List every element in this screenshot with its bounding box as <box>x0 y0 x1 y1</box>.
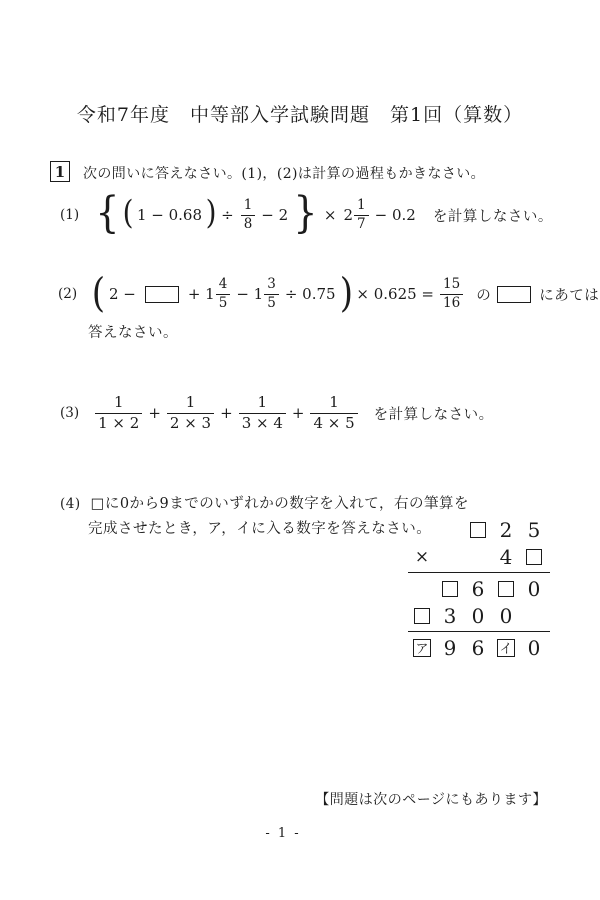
fraction-three-fifths: 3 5 <box>264 277 279 311</box>
multiplier-row: × 4 <box>408 543 550 570</box>
fraction-denominator: 1 × 2 <box>95 413 142 432</box>
digit-cell: 4 <box>492 543 520 570</box>
fraction-denominator: 3 × 4 <box>239 413 286 432</box>
divide-sign: ÷ <box>221 206 234 224</box>
digit-cell: 0 <box>520 575 548 602</box>
fraction-numerator: 1 <box>326 394 342 412</box>
fraction-numerator: 1 <box>111 394 127 412</box>
fraction-denominator: 5 <box>216 294 231 312</box>
expression-part: − 2 <box>261 206 288 224</box>
blank-box <box>145 286 179 303</box>
question-1-instruction: を計算しなさい。 <box>433 205 553 226</box>
expression-part: + 1 <box>188 285 215 303</box>
boxed-katakana-a: ア <box>413 639 431 657</box>
fraction-term-4: 1 4 × 5 <box>310 394 357 432</box>
exam-page: 令和7年度 中等部入学試験問題 第1回（算数） 1 次の問いに答えなさい。(1)… <box>0 0 600 900</box>
rule-line <box>408 631 550 632</box>
plus-sign: + <box>220 404 233 422</box>
fraction-numerator: 1 <box>255 394 271 412</box>
page-number: - 1 - <box>0 826 566 841</box>
fraction-four-fifths: 4 5 <box>216 277 231 311</box>
close-brace: } <box>294 192 318 239</box>
fraction-numerator: 15 <box>440 277 463 294</box>
question-2: (2) ( 2 − + 1 4 5 − 1 3 5 ÷ 0.75 ) × 0.6… <box>58 271 600 342</box>
fraction-denominator: 16 <box>440 294 463 312</box>
expression-part: − 1 <box>236 285 263 303</box>
question-2-expression: (2) ( 2 − + 1 4 5 − 1 3 5 ÷ 0.75 ) × 0.6… <box>58 271 600 317</box>
open-brace: { <box>95 192 119 239</box>
digit-cell: 3 <box>436 602 464 629</box>
question-4-text-line1: □に0から9までのいずれかの数字を入れて，右の筆算を <box>91 492 469 516</box>
multiply-sign: × <box>408 543 436 570</box>
product-row: ア 9 6 イ 0 <box>408 634 550 661</box>
problem-1-header: 1 次の問いに答えなさい。(1)，(2)は計算の過程もかきなさい。 <box>50 161 485 183</box>
open-paren: ( <box>122 197 133 233</box>
expression-part: × 0.625 = <box>356 285 434 303</box>
fraction-numerator: 4 <box>216 277 231 294</box>
blank-box <box>442 581 458 597</box>
expression-part: ÷ 0.75 <box>285 285 336 303</box>
question-2-instruction: にあてはまる数を <box>539 284 600 305</box>
partial-product-1-row: 6 0 <box>408 575 550 602</box>
plus-sign: + <box>148 404 161 422</box>
problem-intro: 次の問いに答えなさい。(1)，(2)は計算の過程もかきなさい。 <box>83 161 485 183</box>
rule-line <box>408 572 550 573</box>
multiply-sign: × <box>324 206 337 224</box>
question-1: (1) { ( 1 − 0.68 ) ÷ 1 8 − 2 } × 2 1 7 −… <box>60 192 553 238</box>
open-paren: ( <box>92 272 105 315</box>
problem-number-box: 1 <box>50 161 70 182</box>
mixed-number-whole: 2 <box>344 206 354 224</box>
exam-title: 令和7年度 中等部入学試験問題 第1回（算数） <box>0 100 600 127</box>
question-3: (3) 1 1 × 2 + 1 2 × 3 + 1 3 × 4 + 1 4 × … <box>60 392 494 434</box>
digit-cell: 2 <box>492 516 520 543</box>
fraction-numerator: 1 <box>183 394 199 412</box>
fraction-denominator: 2 × 3 <box>167 413 214 432</box>
digit-cell: 5 <box>520 516 548 543</box>
digit-cell: 0 <box>464 602 492 629</box>
fraction-one-eighth: 1 8 <box>241 198 256 232</box>
digit-cell: 0 <box>520 634 548 661</box>
fraction-term-1: 1 1 × 2 <box>95 394 142 432</box>
footer-note: 【問題は次のページにもあります】 <box>315 789 547 809</box>
boxed-katakana-i: イ <box>497 639 515 657</box>
blank-box <box>498 581 514 597</box>
question-2-label: (2) <box>58 286 77 302</box>
blank-box <box>470 522 486 538</box>
multiplicand-row: 2 5 <box>408 516 550 543</box>
partial-product-2-row: 3 0 0 <box>408 602 550 629</box>
long-multiplication: 2 5 × 4 6 0 3 0 0 ア 9 6 <box>408 516 550 661</box>
fraction-fifteen-sixteenths: 15 16 <box>440 277 463 311</box>
question-2-instruction-line2: 答えなさい。 <box>88 321 600 342</box>
fraction-denominator: 8 <box>241 215 256 233</box>
question-3-label: (3) <box>60 405 79 421</box>
close-paren: ) <box>206 197 217 233</box>
fraction-numerator: 1 <box>241 198 256 215</box>
fraction-numerator: 3 <box>264 277 279 294</box>
plus-sign: + <box>292 404 305 422</box>
digit-cell: 6 <box>464 575 492 602</box>
expression-part: 1 − 0.68 <box>137 206 202 224</box>
question-4-line1: (4) □に0から9までのいずれかの数字を入れて，右の筆算を <box>60 492 469 516</box>
digit-cell: 0 <box>492 602 520 629</box>
fraction-term-2: 1 2 × 3 <box>167 394 214 432</box>
digit-cell: 6 <box>464 634 492 661</box>
fraction-term-3: 1 3 × 4 <box>239 394 286 432</box>
digit-cell: 9 <box>436 634 464 661</box>
expression-part: − 0.2 <box>375 206 416 224</box>
fraction-denominator: 5 <box>264 294 279 312</box>
question-1-label: (1) <box>60 207 79 223</box>
blank-box <box>414 608 430 624</box>
fraction-denominator: 4 × 5 <box>310 413 357 432</box>
question-3-instruction: を計算しなさい。 <box>374 403 494 424</box>
question-4-label: (4) <box>60 492 81 516</box>
particle-text: の <box>476 284 491 305</box>
blank-box <box>497 286 531 303</box>
expression-part: 2 − <box>109 285 136 303</box>
fraction-numerator: 1 <box>354 198 369 215</box>
close-paren: ) <box>339 272 352 315</box>
blank-box <box>526 549 542 565</box>
fraction-denominator: 7 <box>354 215 369 233</box>
fraction-one-seventh: 1 7 <box>354 198 369 232</box>
